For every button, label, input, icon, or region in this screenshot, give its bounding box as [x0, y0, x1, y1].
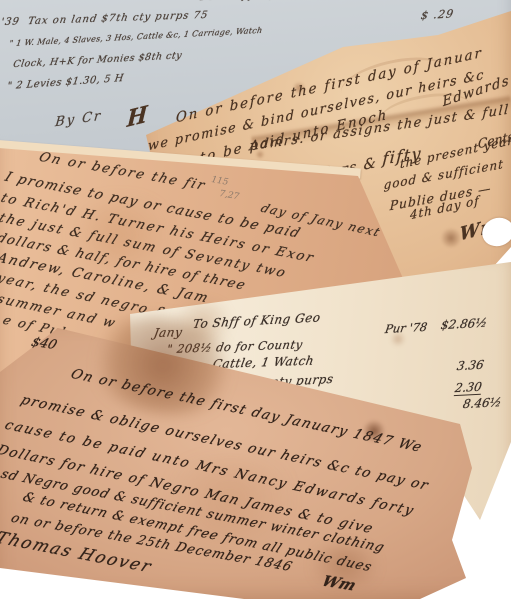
feebill-amount3: 2.30 [454, 381, 483, 397]
feebill-amount2: 3.36 [456, 359, 485, 373]
feebill-line3: Cattle, 1 Watch [212, 354, 315, 370]
gray-ledger-amount: $ .29 [420, 8, 455, 21]
photograph-of-documents: To Shff of Kg Geo $ .29 '39 Tax on land … [0, 0, 511, 599]
feebill-amount1: $2.86½ [440, 317, 488, 332]
edwards-corner-note: $40 [29, 336, 58, 352]
feebill-total: 8.46½ [462, 396, 502, 410]
feebill-month: Jany [153, 326, 184, 339]
note-right-mark: H [126, 103, 148, 131]
feebill-ref: Pur '78 [384, 322, 428, 336]
